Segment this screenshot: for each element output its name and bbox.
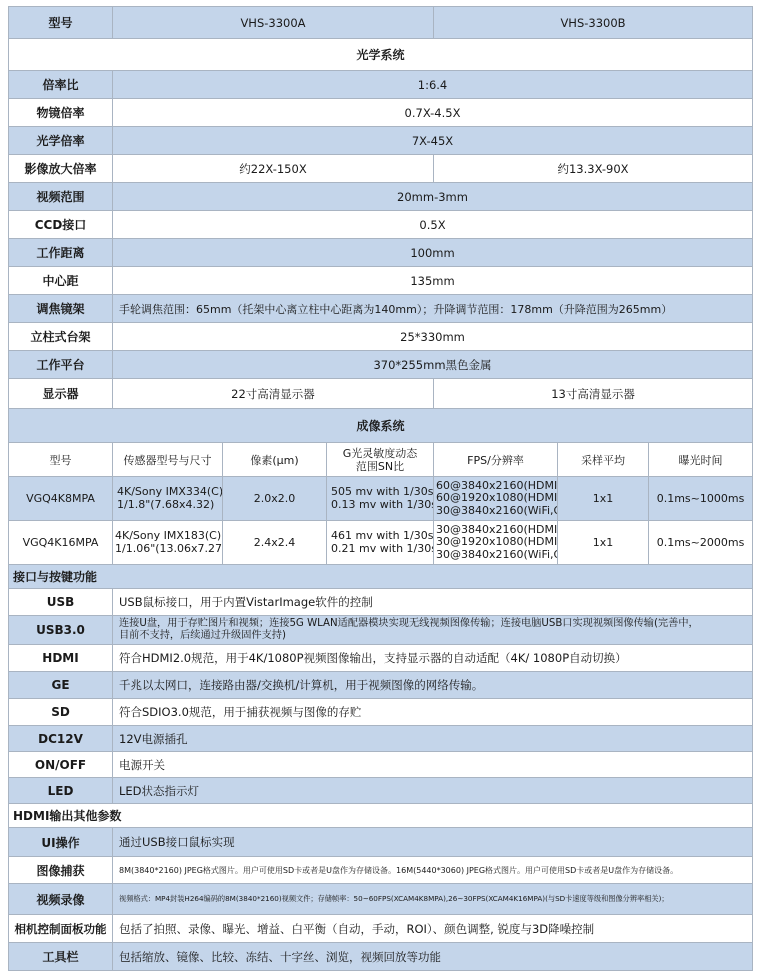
spec-value: 20mm-3mm <box>113 183 753 211</box>
column-header: 传感器型号与尺寸 <box>113 443 223 477</box>
interface-label: USB <box>9 589 113 616</box>
sn-line: 505 mv with 1/30s <box>331 486 429 499</box>
column-header: 像素(μm) <box>223 443 327 477</box>
hdmi-desc: 包括了拍照、录像、曝光、增益、白平衡（自动，手动，ROI）、颜色调整, 锐度与3… <box>113 915 753 943</box>
spec-row: 工作平台 370*255mm黑色金属 <box>9 351 753 379</box>
spec-row: 显示器 22寸高清显示器 13寸高清显示器 <box>9 379 753 409</box>
interface-row: SD 符合SDIO3.0规范，用于捕获视频与图像的存贮 <box>9 699 753 726</box>
interface-desc: 电源开关 <box>113 752 753 778</box>
spec-row: 中心距 135mm <box>9 267 753 295</box>
spec-label: 工作平台 <box>9 351 113 379</box>
interface-label: LED <box>9 778 113 804</box>
camera-model: VGQ4K16MPA <box>9 521 113 565</box>
column-header: 采样平均 <box>558 443 649 477</box>
sensor-line: 4K/Sony IMX183(C) <box>115 530 218 543</box>
sensor-line: 4K/Sony IMX334(C) <box>117 486 218 499</box>
pixel-size: 2.0x2.0 <box>223 477 327 521</box>
hdmi-desc: 视频格式：MP4封装H264编码的8M(3840*2160)视频文件；存储帧率：… <box>113 884 753 915</box>
hdmi-desc: 8M(3840*2160) JPEG格式图片。用户可使用SD卡或者是U盘作为存储… <box>113 857 753 884</box>
spec-label: 影像放大倍率 <box>9 155 113 183</box>
interface-row: GE 千兆以太网口，连接路由器/交换机/计算机，用于视频图像的网络传输。 <box>9 672 753 699</box>
sensor: 4K/Sony IMX183(C) 1/1.06"(13.06x7.27) <box>113 521 223 565</box>
fps-line: 30@3840x2160(WiFi,GE) <box>436 505 553 518</box>
interface-label: SD <box>9 699 113 726</box>
spec-label: 显示器 <box>9 379 113 409</box>
spec-value: 25*330mm <box>113 323 753 351</box>
hdmi-row: 相机控制面板功能 包括了拍照、录像、曝光、增益、白平衡（自动，手动，ROI）、颜… <box>9 915 753 943</box>
column-header: 型号 <box>9 443 113 477</box>
interface-row: USB3.0 连接U盘，用于存贮图片和视频；连接5G WLAN适配器模块实现无线… <box>9 616 753 645</box>
column-header-line: G光灵敏度动态 <box>331 447 429 460</box>
section-hdmi-other: HDMI输出其他参数 <box>9 804 753 828</box>
spec-value-a: 约22X-150X <box>113 155 434 183</box>
camera-model: VGQ4K8MPA <box>9 477 113 521</box>
interface-desc: 千兆以太网口，连接路由器/交换机/计算机，用于视频图像的网络传输。 <box>113 672 753 699</box>
sn-ratio: 505 mv with 1/30s 0.13 mv with 1/30s <box>327 477 434 521</box>
sn-line: 0.21 mv with 1/30s <box>331 543 429 556</box>
fps-line: 60@1920x1080(HDMI) <box>436 492 553 505</box>
interface-label: ON/OFF <box>9 752 113 778</box>
spec-label: 立柱式台架 <box>9 323 113 351</box>
model-b: VHS-3300B <box>434 7 753 39</box>
spec-label: 视频范围 <box>9 183 113 211</box>
interface-label: USB3.0 <box>9 616 113 645</box>
spec-row: 影像放大倍率 约22X-150X 约13.3X-90X <box>9 155 753 183</box>
hdmi-row: 图像捕获 8M(3840*2160) JPEG格式图片。用户可使用SD卡或者是U… <box>9 857 753 884</box>
spec-value: 手轮调焦范围：65mm（托架中心离立柱中心距离为140mm）；升降调节范围：17… <box>113 295 753 323</box>
spec-label: 调焦镜架 <box>9 295 113 323</box>
spec-value: 0.5X <box>113 211 753 239</box>
imaging-row: VGQ4K16MPA 4K/Sony IMX183(C) 1/1.06"(13.… <box>9 521 753 565</box>
spec-value: 0.7X-4.5X <box>113 99 753 127</box>
sampling: 1x1 <box>558 521 649 565</box>
section-interfaces: 接口与按键功能 <box>9 565 753 589</box>
column-header-line: 范围SN比 <box>331 460 429 473</box>
sensor-line: 1/1.8"(7.68x4.32) <box>117 499 218 512</box>
spec-label: 物镜倍率 <box>9 99 113 127</box>
spec-row: 调焦镜架 手轮调焦范围：65mm（托架中心离立柱中心距离为140mm）；升降调节… <box>9 295 753 323</box>
spec-row: 视频范围 20mm-3mm <box>9 183 753 211</box>
pixel-size: 2.4x2.4 <box>223 521 327 565</box>
interface-row: DC12V 12V电源插孔 <box>9 726 753 752</box>
interface-row: LED LED状态指示灯 <box>9 778 753 804</box>
section-title-optical: 光学系统 <box>9 39 753 71</box>
spec-value-b: 约13.3X-90X <box>434 155 753 183</box>
fps-line: 30@1920x1080(HDMI) <box>436 536 553 549</box>
interface-desc: 符合SDIO3.0规范，用于捕获视频与图像的存贮 <box>113 699 753 726</box>
section-imaging: 成像系统 <box>9 409 753 443</box>
hdmi-label: 相机控制面板功能 <box>9 915 113 943</box>
sensor: 4K/Sony IMX334(C) 1/1.8"(7.68x4.32) <box>113 477 223 521</box>
hdmi-label: 图像捕获 <box>9 857 113 884</box>
interface-desc: LED状态指示灯 <box>113 778 753 804</box>
spec-table: 型号 VHS-3300A VHS-3300B 光学系统 倍率比 1:6.4 物镜… <box>8 6 753 971</box>
spec-row: 光学倍率 7X-45X <box>9 127 753 155</box>
header-row: 型号 VHS-3300A VHS-3300B <box>9 7 753 39</box>
interface-row: USB USB鼠标接口，用于内置VistarImage软件的控制 <box>9 589 753 616</box>
spec-value: 7X-45X <box>113 127 753 155</box>
spec-value: 100mm <box>113 239 753 267</box>
spec-label: 光学倍率 <box>9 127 113 155</box>
fps-resolution: 60@3840x2160(HDMI) 60@1920x1080(HDMI) 30… <box>434 477 558 521</box>
spec-row: 立柱式台架 25*330mm <box>9 323 753 351</box>
spec-value-a: 22寸高清显示器 <box>113 379 434 409</box>
interface-row: HDMI 符合HDMI2.0规范，用于4K/1080P视频图像输出，支持显示器的… <box>9 645 753 672</box>
spec-label: CCD接口 <box>9 211 113 239</box>
header-label: 型号 <box>9 7 113 39</box>
sampling: 1x1 <box>558 477 649 521</box>
interface-desc: 12V电源插孔 <box>113 726 753 752</box>
section-title-imaging: 成像系统 <box>9 409 753 443</box>
hdmi-row: UI操作 通过USB接口鼠标实现 <box>9 828 753 857</box>
section-title-hdmi-other: HDMI输出其他参数 <box>9 804 753 828</box>
interface-desc: 连接U盘，用于存贮图片和视频；连接5G WLAN适配器模块实现无线视频图像传输；… <box>113 616 753 645</box>
column-header: G光灵敏度动态 范围SN比 <box>327 443 434 477</box>
imaging-row: VGQ4K8MPA 4K/Sony IMX334(C) 1/1.8"(7.68x… <box>9 477 753 521</box>
spec-value: 1:6.4 <box>113 71 753 99</box>
interface-desc: USB鼠标接口，用于内置VistarImage软件的控制 <box>113 589 753 616</box>
interface-desc-line: 目前不支持，后续通过升级固件支持) <box>119 630 748 643</box>
hdmi-desc: 通过USB接口鼠标实现 <box>113 828 753 857</box>
spec-row: 工作距离 100mm <box>9 239 753 267</box>
interface-label: DC12V <box>9 726 113 752</box>
column-header: 曝光时间 <box>649 443 753 477</box>
spec-value-b: 13寸高清显示器 <box>434 379 753 409</box>
exposure: 0.1ms~2000ms <box>649 521 753 565</box>
hdmi-label: 工具栏 <box>9 943 113 971</box>
interface-label: HDMI <box>9 645 113 672</box>
column-header: FPS/分辨率 <box>434 443 558 477</box>
spec-label: 工作距离 <box>9 239 113 267</box>
spec-value: 135mm <box>113 267 753 295</box>
section-optical: 光学系统 <box>9 39 753 71</box>
spec-value: 370*255mm黑色金属 <box>113 351 753 379</box>
interface-label: GE <box>9 672 113 699</box>
hdmi-label: UI操作 <box>9 828 113 857</box>
hdmi-row: 视频录像 视频格式：MP4封装H264编码的8M(3840*2160)视频文件；… <box>9 884 753 915</box>
hdmi-label: 视频录像 <box>9 884 113 915</box>
spec-label: 中心距 <box>9 267 113 295</box>
interface-desc-line: 连接U盘，用于存贮图片和视频；连接5G WLAN适配器模块实现无线视频图像传输；… <box>119 618 748 631</box>
spec-label: 倍率比 <box>9 71 113 99</box>
interface-row: ON/OFF 电源开关 <box>9 752 753 778</box>
interface-desc: 符合HDMI2.0规范，用于4K/1080P视频图像输出，支持显示器的自动适配（… <box>113 645 753 672</box>
spec-row: 物镜倍率 0.7X-4.5X <box>9 99 753 127</box>
spec-row: 倍率比 1:6.4 <box>9 71 753 99</box>
fps-resolution: 30@3840x2160(HDMI) 30@1920x1080(HDMI) 30… <box>434 521 558 565</box>
hdmi-desc: 包括缩放、镜像、比较、冻结、十字丝、浏览，视频回放等功能 <box>113 943 753 971</box>
model-a: VHS-3300A <box>113 7 434 39</box>
section-title-interfaces: 接口与按键功能 <box>9 565 753 589</box>
sn-line: 0.13 mv with 1/30s <box>331 499 429 512</box>
spec-row: CCD接口 0.5X <box>9 211 753 239</box>
hdmi-row: 工具栏 包括缩放、镜像、比较、冻结、十字丝、浏览，视频回放等功能 <box>9 943 753 971</box>
imaging-header-row: 型号 传感器型号与尺寸 像素(μm) G光灵敏度动态 范围SN比 FPS/分辨率… <box>9 443 753 477</box>
sn-line: 461 mv with 1/30s <box>331 530 429 543</box>
exposure: 0.1ms~1000ms <box>649 477 753 521</box>
fps-line: 30@3840x2160(WiFi,GE) <box>436 549 553 562</box>
sensor-line: 1/1.06"(13.06x7.27) <box>115 543 218 556</box>
sn-ratio: 461 mv with 1/30s 0.21 mv with 1/30s <box>327 521 434 565</box>
